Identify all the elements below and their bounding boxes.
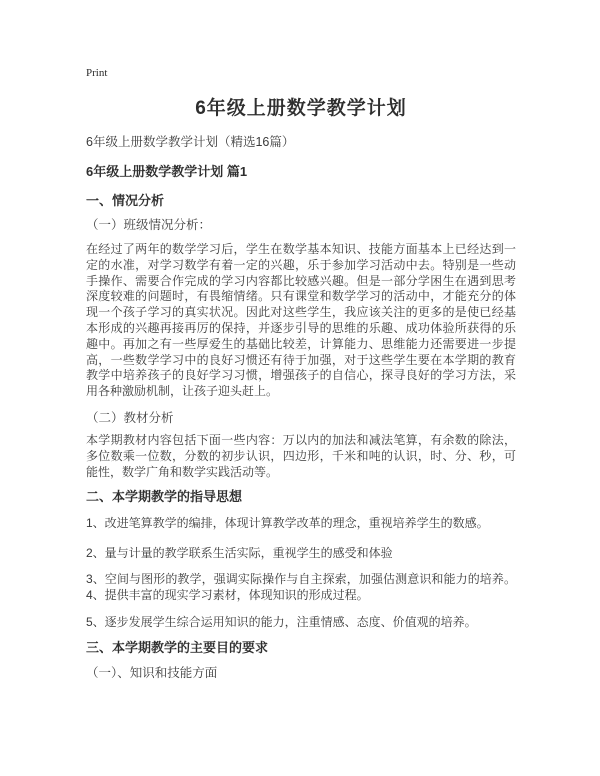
guideline-item-3-4: 3、空间与图形的教学，强调实际操作与自主探索，加强估测意识和能力的培养。4、提供… [86, 572, 516, 604]
document-page: Print 6年级上册数学教学计划 6年级上册数学教学计划（精选16篇） 6年级… [0, 0, 600, 776]
print-button[interactable]: Print [86, 67, 107, 80]
document-title: 6年级上册数学教学计划 [86, 97, 516, 121]
paragraph-class-analysis: 在经过了两年的数学学习后，学生在数学基本知识、技能方面基本上已经达到一定的水准，… [86, 242, 516, 400]
subsection-label-class-analysis: （一）班级情况分析： [86, 217, 516, 233]
guideline-item-5: 5、逐步发展学生综合运用知识的能力，注重情感、态度、价值观的培养。 [86, 615, 516, 631]
guideline-item-1: 1、改进笔算教学的编排，体现计算教学改革的理念，重视培养学生的数感。 [86, 516, 516, 532]
article-heading-part1: 6年级上册数学教学计划 篇1 [86, 163, 516, 180]
section-heading-3: 三、本学期教学的主要目的要求 [86, 639, 516, 656]
subsection-label-knowledge-skills: （一）、知识和技能方面 [86, 665, 516, 681]
section-heading-1: 一、情况分析 [86, 192, 516, 209]
section-heading-2: 二、本学期教学的指导思想 [86, 488, 516, 505]
paragraph-textbook-analysis: 本学期教材内容包括下面一些内容：万以内的加法和减法笔算，有余数的除法，多位数乘一… [86, 433, 516, 480]
document-subtitle: 6年级上册数学教学计划（精选16篇） [86, 134, 516, 150]
subsection-label-textbook-analysis: （二）教材分析 [86, 410, 516, 426]
guideline-item-2: 2、量与计量的教学联系生活实际，重视学生的感受和体验 [86, 546, 516, 562]
